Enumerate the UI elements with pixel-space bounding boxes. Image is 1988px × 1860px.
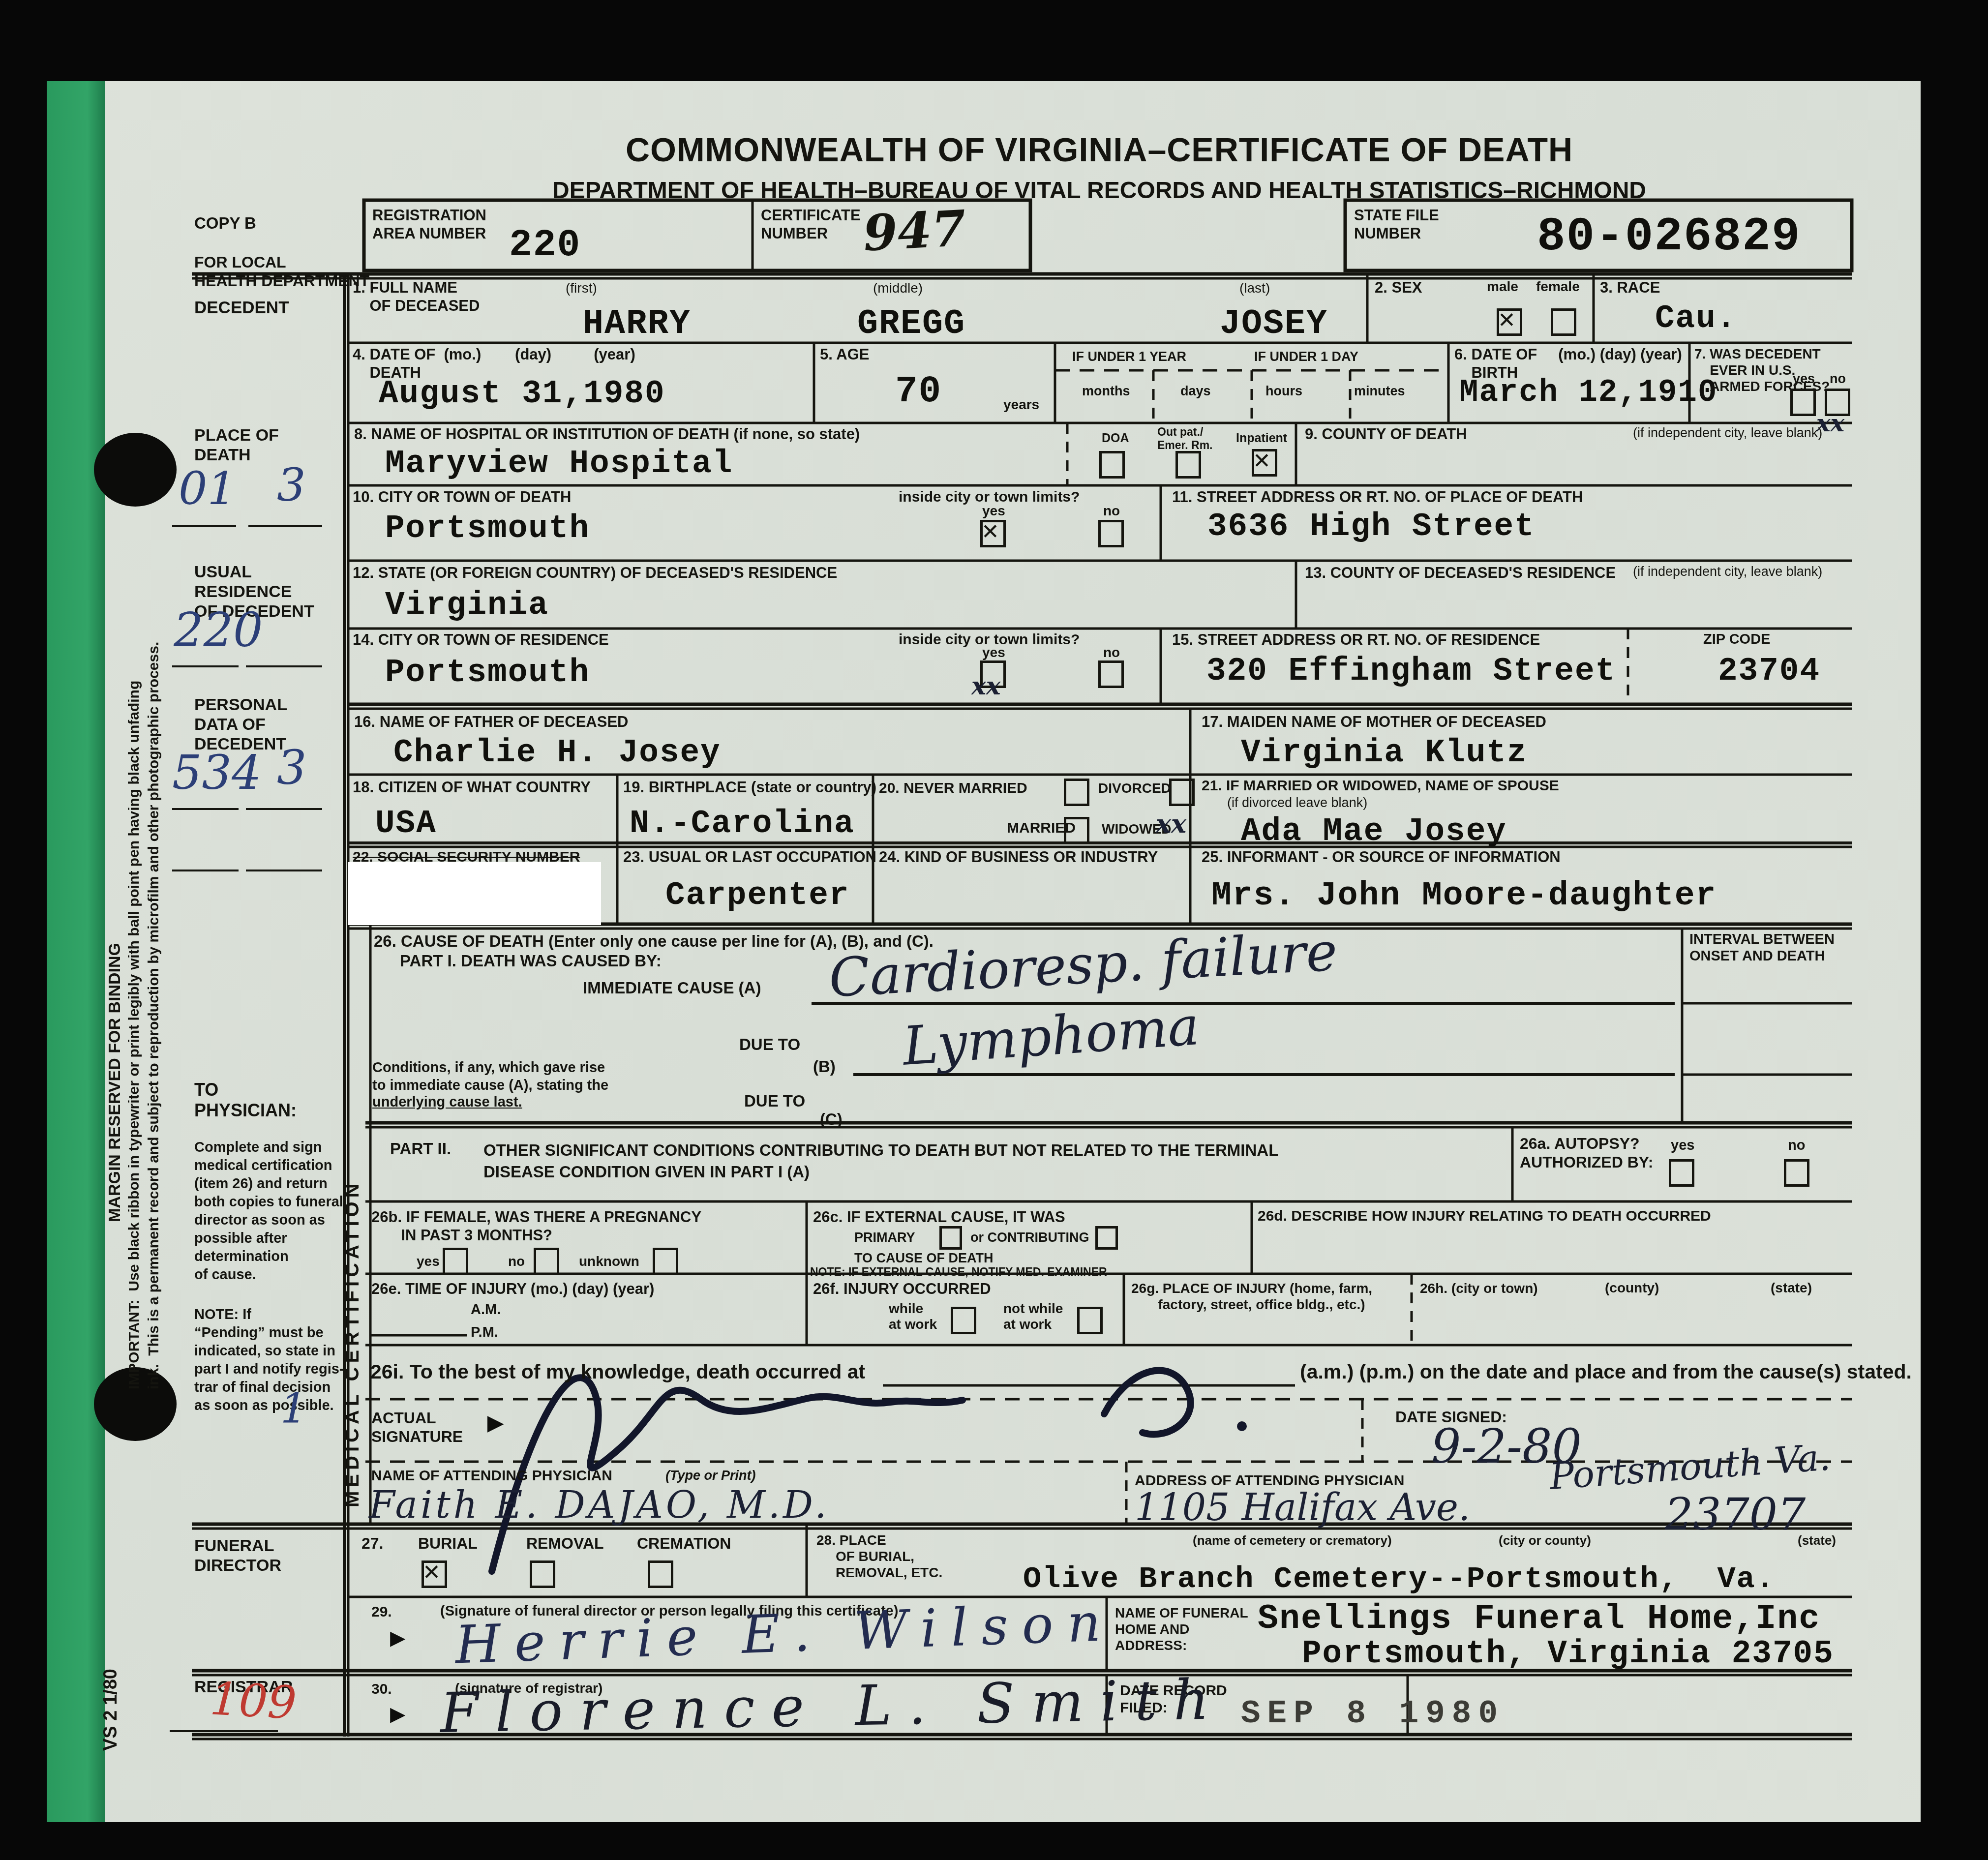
autopsy-yes-checkbox[interactable] — [1669, 1159, 1694, 1187]
section-decedent: DECEDENT — [194, 298, 289, 318]
form-code: VS 2 1/80 — [100, 1603, 122, 1751]
death-occurred-at-suffix: (a.m.) (p.m.) on the date and place and … — [1300, 1360, 1912, 1383]
autopsy-no-label: no — [1788, 1138, 1805, 1154]
hospital-label: 8. NAME OF HOSPITAL OR INSTITUTION OF DE… — [354, 425, 860, 444]
under-1-year-label: IF UNDER 1 YEAR — [1072, 349, 1186, 365]
city-of-residence-label: 14. CITY OR TOWN OF RESIDENCE — [353, 631, 609, 649]
last-caption: (last) — [1239, 280, 1270, 296]
informant-label: 25. INFORMANT - OR SOURCE OF INFORMATION — [1202, 848, 1561, 867]
injury-state-label: (state) — [1771, 1280, 1812, 1296]
pregnancy-unknown-label: unknown — [579, 1254, 639, 1269]
date-of-death-value: August 31,1980 — [379, 375, 665, 412]
funeral-signature-arrow-icon: ► — [385, 1625, 410, 1651]
registrar-signature-arrow-icon: ► — [385, 1702, 410, 1727]
funeral-home-address: Portsmouth, Virginia 23705 — [1302, 1635, 1834, 1672]
section-place-of-death: PLACE OF DEATH — [194, 425, 279, 465]
state-of-residence-label: 12. STATE (OR FOREIGN COUNTRY) OF DECEAS… — [353, 564, 837, 582]
due-to-b-label: DUE TO — [739, 1035, 800, 1054]
describe-injury-label: 26d. DESCRIBE HOW INJURY RELATING TO DEA… — [1258, 1207, 1711, 1225]
burial-label: BURIAL — [418, 1534, 478, 1553]
pregnancy-yes-checkbox[interactable] — [443, 1248, 468, 1275]
injury-occurred-label: 26f. INJURY OCCURRED — [813, 1280, 991, 1298]
pm-label: P.M. — [471, 1324, 498, 1341]
first-caption: (first) — [566, 280, 597, 296]
citizen-value: USA — [375, 805, 437, 842]
interval-label: INTERVAL BETWEEN ONSET AND DEATH — [1689, 931, 1835, 964]
part2-label: PART II. — [390, 1140, 451, 1159]
autopsy-yes-label: yes — [1671, 1138, 1694, 1154]
registration-area-value: 220 — [509, 224, 581, 267]
race-label: 3. RACE — [1600, 279, 1660, 297]
never-married-checkbox[interactable] — [1064, 779, 1089, 806]
divorced-checkbox[interactable] — [1169, 779, 1195, 806]
physician-zip-value: 23707 — [1665, 1489, 1806, 1540]
zip-label: ZIP CODE — [1703, 631, 1770, 648]
street-of-residence-label: 15. STREET ADDRESS OR RT. NO. OF RESIDEN… — [1172, 631, 1540, 649]
not-while-at-work-checkbox[interactable] — [1077, 1307, 1103, 1334]
registration-area-label: REGISTRATION AREA NUMBER — [372, 207, 486, 242]
external-cause-note: NOTE: IF EXTERNAL CAUSE, NOTIFY MED. EXA… — [810, 1265, 1107, 1279]
removal-checkbox[interactable] — [530, 1560, 555, 1588]
city-of-residence-value: Portsmouth — [385, 654, 590, 691]
sex-female-checkbox[interactable] — [1551, 308, 1576, 336]
business-label: 24. KIND OF BUSINESS OR INDUSTRY — [879, 848, 1158, 867]
birthplace-label: 19. BIRTHPLACE (state or country) — [623, 779, 876, 797]
for-local-label: FOR LOCAL HEALTH DEPARTMENT — [194, 253, 369, 291]
field-full-name-label: 1. FULL NAME OF DECEASED — [353, 279, 480, 315]
months-label: months — [1082, 384, 1130, 399]
place-of-death-code-b: 3 — [277, 459, 306, 511]
doa-checkbox[interactable] — [1099, 451, 1125, 479]
age-unit-label: years — [1003, 397, 1039, 413]
date-of-birth-value: March 12,1910 — [1459, 375, 1717, 411]
due-to-c-paren: (C) — [820, 1110, 843, 1129]
decedent-first-name: HARRY — [583, 305, 691, 344]
armed-forces-yes-checkbox[interactable] — [1790, 389, 1816, 416]
pregnancy-label: 26b. IF FEMALE, WAS THERE A PREGNANCY IN… — [371, 1208, 701, 1244]
to-cause-label: TO CAUSE OF DEATH — [854, 1251, 994, 1266]
residence-limits-yes-label: yes — [982, 645, 1005, 660]
injury-county-label: (county) — [1605, 1280, 1659, 1296]
certificate-paper: MARGIN RESERVED FOR BINDING IMPORTANT: U… — [47, 81, 1921, 1822]
city-limits-yes-checkbox[interactable]: ✕ — [980, 520, 1006, 547]
death-occurred-at-label: 26i. To the best of my knowledge, death … — [370, 1360, 865, 1383]
under-1-day-label: IF UNDER 1 DAY — [1254, 349, 1358, 365]
not-while-at-work-label: not while at work — [1003, 1301, 1063, 1332]
informant-value: Mrs. John Moore-daughter — [1211, 877, 1717, 915]
attending-physician-name: Faith E. DAJAO, M.D. — [369, 1483, 829, 1527]
pregnancy-yes-label: yes — [417, 1254, 440, 1269]
part2-text: OTHER SIGNIFICANT CONDITIONS CONTRIBUTIN… — [483, 1140, 1278, 1183]
due-to-c-label: DUE TO — [744, 1092, 805, 1111]
funeral-home-label: NAME OF FUNERAL HOME AND ADDRESS: — [1115, 1605, 1248, 1653]
conditions-note: Conditions, if any, which gave rise to i… — [372, 1059, 608, 1094]
inpatient-checkbox[interactable]: ✕ — [1252, 449, 1277, 477]
contributing-label: or CONTRIBUTING — [970, 1230, 1089, 1245]
signature-arrow-icon: ► — [482, 1409, 509, 1437]
cremation-label: CREMATION — [637, 1534, 731, 1553]
sex-male-checkbox[interactable]: ✕ — [1497, 308, 1522, 336]
cemetery-caption: (name of cemetery or crematory) — [1193, 1533, 1392, 1548]
widowed-mark: xx — [1156, 809, 1186, 839]
county-of-residence-label: 13. COUNTY OF DECEASED'S RESIDENCE — [1305, 564, 1616, 582]
pregnancy-no-label: no — [508, 1254, 525, 1269]
spouse-label: 21. IF MARRIED OR WIDOWED, NAME OF SPOUS… — [1202, 777, 1559, 794]
part1-label: PART I. DEATH WAS CAUSED BY: — [400, 952, 662, 971]
scanned-death-certificate: { "icons": {"check_mark": "✕", "arrow_ri… — [0, 0, 1988, 1860]
sex-label: 2. SEX — [1375, 279, 1422, 297]
married-checkbox[interactable] — [1064, 817, 1089, 844]
attending-physician-label: NAME OF ATTENDING PHYSICIAN — [371, 1467, 612, 1484]
check-mark-icon: ✕ — [422, 1560, 441, 1585]
age-label: 5. AGE — [820, 346, 870, 364]
attending-physician-hint: (Type or Print) — [665, 1468, 756, 1483]
registrar-signature-number: 30. — [371, 1680, 392, 1698]
mother-name-label: 17. MAIDEN NAME OF MOTHER OF DECEASED — [1202, 713, 1546, 731]
county-of-death-hint: (if independent city, leave blank) — [1633, 425, 1822, 441]
armed-forces-yes-label: yes — [1793, 371, 1815, 387]
check-mark-icon: ✕ — [981, 519, 999, 544]
copy-label: COPY B — [194, 214, 256, 233]
certificate-number-value: 947 — [862, 199, 967, 263]
burial-checkbox[interactable]: ✕ — [422, 1560, 447, 1588]
days-label: days — [1180, 384, 1211, 399]
city-limits-no-label: no — [1103, 503, 1120, 519]
doa-label: DOA — [1102, 431, 1129, 446]
section-personal-data: PERSONAL DATA OF DECEDENT — [194, 695, 287, 754]
while-at-work-checkbox[interactable] — [951, 1307, 976, 1334]
immediate-cause-label: IMMEDIATE CAUSE (A) — [583, 979, 761, 998]
am-label: A.M. — [471, 1302, 501, 1318]
pending-note: NOTE: If “Pending” must be indicated, so… — [194, 1306, 344, 1415]
armed-forces-label: 7. WAS DECEDENT EVER IN U.S. ARMED FORCE… — [1694, 346, 1830, 394]
contributing-checkbox[interactable] — [1095, 1226, 1118, 1250]
injury-city-label: 26h. (city or town) — [1420, 1280, 1538, 1296]
city-county-caption: (city or county) — [1499, 1533, 1591, 1548]
spouse-value: Ada Mae Josey — [1241, 813, 1507, 850]
pregnancy-no-checkbox[interactable] — [534, 1248, 559, 1275]
occupation-value: Carpenter — [665, 877, 849, 914]
medical-certification-label: MEDICAL CERTIFICATION — [341, 922, 364, 1507]
outpatient-label: Out pat./ Emer. Rm. — [1157, 425, 1213, 452]
while-at-work-label: while at work — [889, 1301, 937, 1332]
decedent-middle-name: GREGG — [857, 305, 965, 344]
removal-label: REMOVAL — [526, 1534, 604, 1553]
birthplace-value: N.-Carolina — [630, 805, 855, 842]
minutes-label: minutes — [1354, 384, 1405, 399]
autopsy-label: 26a. AUTOPSY? AUTHORIZED BY: — [1520, 1135, 1653, 1172]
primary-label: PRIMARY — [854, 1230, 915, 1245]
street-of-death-label: 11. STREET ADDRESS OR RT. NO. OF PLACE O… — [1172, 488, 1583, 507]
decedent-last-name: JOSEY — [1220, 305, 1328, 344]
father-name-label: 16. NAME OF FATHER OF DECEASED — [354, 713, 629, 731]
zip-value: 23704 — [1718, 653, 1820, 690]
registrar-code: 109 — [209, 1672, 298, 1729]
father-name-value: Charlie H. Josey — [393, 734, 721, 771]
place-of-burial-value: Olive Branch Cemetery--Portsmouth, Va. — [1023, 1561, 1775, 1596]
residence-limits-no-checkbox[interactable] — [1098, 660, 1124, 688]
personal-data-code-b: 3 — [277, 741, 306, 795]
county-of-residence-hint: (if independent city, leave blank) — [1633, 564, 1822, 579]
state-caption: (state) — [1798, 1533, 1836, 1548]
armed-forces-no-label: no — [1830, 371, 1846, 387]
certificate-title: COMMONWEALTH OF VIRGINIA–CERTIFICATE OF … — [347, 130, 1852, 170]
physician-instruction-note: Complete and sign medical certification … — [194, 1139, 343, 1284]
city-limits-yes-label: yes — [982, 503, 1005, 519]
outpatient-checkbox[interactable] — [1175, 451, 1201, 479]
physician-address-value: 1105 Halifax Ave. — [1135, 1485, 1470, 1529]
county-of-death-label: 9. COUNTY OF DEATH — [1305, 425, 1467, 444]
check-mark-icon: ✕ — [1253, 449, 1271, 474]
race-value: Cau. — [1655, 300, 1737, 337]
ssn-redaction-box — [348, 862, 601, 925]
cremation-checkbox[interactable] — [648, 1560, 673, 1588]
usual-residence-code: 220 — [174, 603, 263, 658]
funeral-signature-number: 29. — [371, 1603, 392, 1620]
check-mark-icon: ✕ — [1498, 308, 1516, 333]
city-of-death-value: Portsmouth — [385, 510, 590, 547]
place-of-burial-label: 28. PLACE OF BURIAL, REMOVAL, ETC. — [816, 1532, 942, 1581]
actual-signature-label: ACTUAL SIGNATURE — [371, 1409, 463, 1446]
physician-margin-code: 1 — [280, 1384, 307, 1433]
state-file-value: 80-026829 — [1537, 210, 1801, 264]
external-cause-label: 26c. IF EXTERNAL CAUSE, IT WAS — [813, 1208, 1065, 1227]
street-of-residence-value: 320 Effingham Street — [1206, 653, 1616, 690]
time-of-injury-label: 26e. TIME OF INJURY (mo.) (day) (year) — [371, 1280, 654, 1298]
street-of-death-value: 3636 High Street — [1207, 508, 1535, 545]
state-of-residence-value: Virginia — [385, 587, 549, 624]
due-to-b-paren: (B) — [813, 1057, 836, 1077]
primary-checkbox[interactable] — [939, 1226, 962, 1250]
spouse-hint: (if divorced leave blank) — [1227, 795, 1367, 810]
autopsy-no-checkbox[interactable] — [1784, 1159, 1809, 1187]
middle-caption: (middle) — [873, 280, 923, 296]
divorced-label: DIVORCED — [1098, 780, 1171, 796]
residence-limits-yes-mark: xx — [971, 671, 1001, 700]
age-value: 70 — [895, 370, 942, 413]
city-of-death-label: 10. CITY OR TOWN OF DEATH — [353, 488, 571, 507]
pregnancy-unknown-checkbox[interactable] — [653, 1248, 678, 1275]
city-limits-no-checkbox[interactable] — [1098, 520, 1124, 547]
registrar-signature: Florence L. Smith — [440, 1668, 1226, 1745]
never-married-label: 20. NEVER MARRIED — [879, 780, 1027, 797]
hospital-value: Maryview Hospital — [385, 445, 733, 482]
margin-important-note: IMPORTANT: Use black ribbon in typewrite… — [124, 243, 164, 1389]
disposition-number: 27. — [361, 1534, 383, 1553]
place-of-injury-label: 26g. PLACE OF INJURY (home, farm, factor… — [1131, 1280, 1372, 1313]
section-funeral-director: FUNERAL DIRECTOR — [194, 1536, 281, 1575]
residence-limits-no-label: no — [1103, 645, 1120, 660]
conditions-note-underlined: underlying cause last. — [372, 1094, 522, 1110]
mother-name-value: Virginia Klutz — [1241, 734, 1528, 771]
certificate-subtitle: DEPARTMENT OF HEALTH–BUREAU OF VITAL REC… — [347, 177, 1852, 205]
citizen-label: 18. CITIZEN OF WHAT COUNTRY — [353, 779, 591, 797]
personal-data-code-a: 534 — [172, 746, 261, 800]
occupation-label: 23. USUAL OR LAST OCCUPATION — [623, 848, 876, 867]
sex-female-label: female — [1536, 279, 1580, 295]
hours-label: hours — [1265, 384, 1302, 399]
sex-male-label: male — [1487, 279, 1518, 295]
place-of-death-code-a: 01 — [179, 462, 236, 515]
inpatient-label: Inpatient — [1236, 431, 1287, 446]
certificate-number-label: CERTIFICATE NUMBER — [761, 207, 861, 242]
state-file-label: STATE FILE NUMBER — [1354, 207, 1439, 242]
date-filed-stamp: SEP 8 1980 — [1241, 1695, 1505, 1732]
margin-binding-note: MARGIN RESERVED FOR BINDING — [105, 740, 124, 1222]
funeral-home-name: Snellings Funeral Home,Inc — [1258, 1600, 1820, 1639]
section-to-physician: TO PHYSICIAN: — [194, 1080, 297, 1121]
